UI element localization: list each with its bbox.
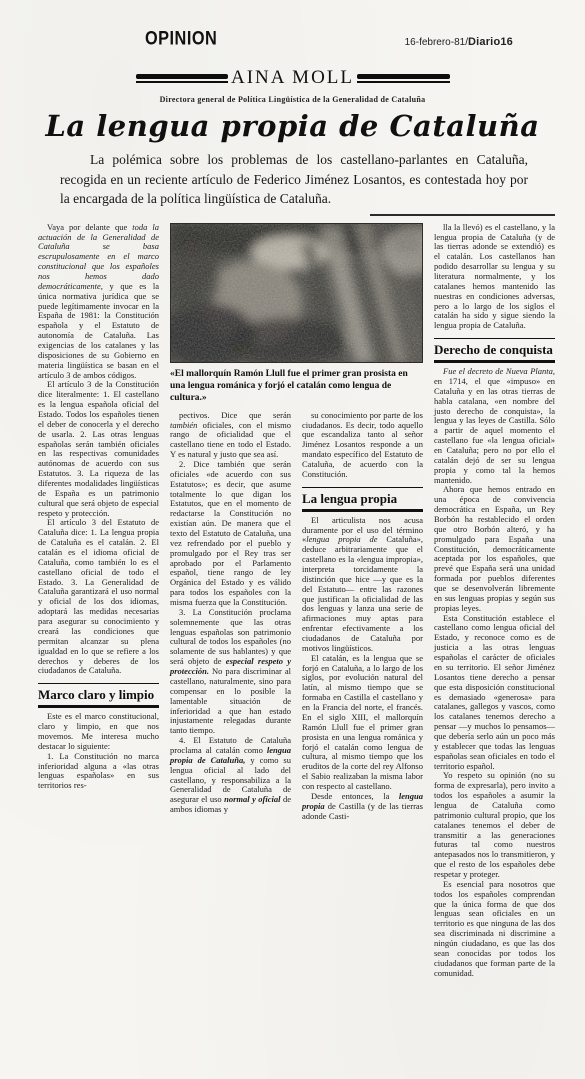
article-paragraph: Esta Constitución establece el castellan…: [434, 614, 555, 772]
nameplate-rule-right: [357, 74, 449, 83]
article-paragraph: 3. La Constitución proclama solemnemente…: [170, 608, 291, 736]
article-paragraph: Ahora que hemos entrado en una época de …: [434, 485, 555, 613]
newspaper-page: OPINION 16-febrero-81/Diario16 AINA MOLL…: [0, 0, 585, 1079]
article-headline: La lengua propia de Cataluña: [0, 109, 585, 143]
dateline: 16-febrero-81/Diario16: [405, 36, 513, 48]
byline-nameplate: AINA MOLL: [136, 67, 450, 89]
article-paragraph: su conocimiento por parte de los ciudada…: [302, 411, 423, 480]
author-name: AINA MOLL: [228, 67, 357, 89]
article-paragraph: Desde entonces, la lengua propia de Cast…: [302, 792, 423, 822]
section-subhead: La lengua propia: [302, 487, 423, 512]
article-lede: La polémica sobre los problemas de los c…: [60, 150, 528, 209]
section-label: OPINION: [145, 28, 217, 50]
nameplate-rule-left: [136, 74, 228, 83]
article-paragraph: El artículo 3 del Estatuto de Cataluña d…: [38, 518, 159, 676]
article-paragraph: Es esencial para nosotros que todos los …: [434, 880, 555, 979]
article-column-1: Vaya por delante que toda la actuación d…: [38, 223, 159, 791]
article-paragraph: pectivos. Dice que serán también oficial…: [170, 411, 291, 460]
article-body: Vaya por delante que toda la actuación d…: [0, 216, 585, 979]
article-paragraph: Vaya por delante que toda la actuación d…: [38, 223, 159, 381]
photo-caption: «El mallorquín Ramón Llull fue el primer…: [170, 368, 423, 405]
article-column-3: su conocimiento por parte de los ciudada…: [302, 411, 423, 822]
article-column-2: pectivos. Dice que serán también oficial…: [170, 411, 291, 822]
photo-artwork: [170, 223, 423, 363]
author-role: Directora general de Política Lingüístic…: [0, 95, 585, 104]
section-subhead: Derecho de conquista: [434, 338, 555, 363]
page-header: OPINION 16-febrero-81/Diario16: [0, 0, 585, 50]
article-paragraph: lla la llevó) es el castellano, y la len…: [434, 223, 555, 331]
article-paragraph: El catalán, es la lengua que se forjó en…: [302, 654, 423, 792]
section-subhead: Marco claro y limpio: [38, 683, 159, 708]
article-paragraph: Este es el marco constitucional, claro y…: [38, 712, 159, 751]
article-paragraph: 4. El Estatuto de Cataluña proclama al c…: [170, 736, 291, 815]
article-column-4: lla la llevó) es el castellano, y la len…: [434, 223, 555, 979]
article-paragraph: El artículo 3 de la Constitución dice li…: [38, 380, 159, 518]
article-middle-section: «El mallorquín Ramón Llull fue el primer…: [170, 223, 423, 822]
masthead-name: Diario16: [468, 36, 513, 48]
article-paragraph: 2. Dice también que serán oficiales «de …: [170, 460, 291, 608]
article-paragraph: El articulista nos acusa duramente por e…: [302, 516, 423, 654]
article-paragraph: Yo respeto su opinión (no su forma de ex…: [434, 771, 555, 879]
article-paragraph: 1. La Constitución no marca inferioridad…: [38, 752, 159, 791]
ramon-llull-photo: [170, 223, 423, 363]
date-text: 16-febrero-81/: [405, 37, 468, 48]
middle-columns: pectivos. Dice que serán también oficial…: [170, 411, 423, 822]
article-paragraph: Fue el decreto de Nueva Planta, en 1714,…: [434, 367, 555, 485]
